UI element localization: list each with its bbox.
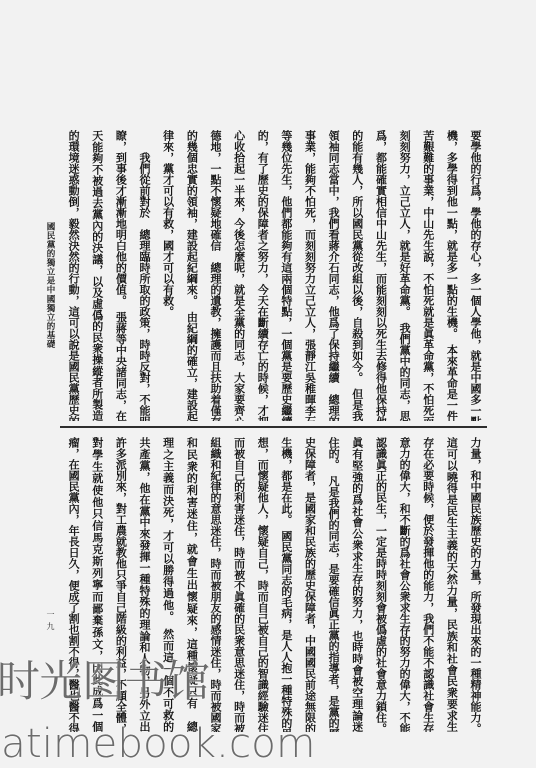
text-column: 領袖同志當中，我們看蔣介石同志，他爲了保持繼續 總理的 (322, 130, 346, 421)
watermark-site: atimebook.com (1, 723, 315, 764)
text-column: 心收拾起一半來，今後怎麼呢，就是全黨的同志，大家要齊心一 (227, 130, 251, 421)
text-column: 住的。 凡是我們的同志，是要確信眞正黨的指導者，是黨的歷 (322, 437, 346, 732)
text-column: 德地，一點不懷疑地確信 總理的遺教，擁護而且扶助着僅存 (203, 130, 227, 421)
text-column: 機，多學得到他一點，就是多一點的生機。 本來革命是一件困 (440, 130, 464, 421)
text-column: 事業，能夠不怕死，而刻刻努力立己立人，張靜江吳稚暉李石曾 (298, 130, 322, 421)
text-column: 力量，和中國民族歷史的力量，所發現出來的一種精神能力。 (463, 437, 487, 732)
text-column: 的幾個忠實的領袖，建設起紀綱來。 由紀綱的確立，建設起紀 (180, 130, 204, 421)
text-column: 眞有堅強的爲社會公衆求生存的努力，也時時會被空理論迷 (345, 437, 369, 732)
text-column: 的能有幾人，所以國民黨從改組以後，自殺到如今。 但是我們 (345, 130, 369, 421)
text-column: 苦艱難的事業，中山先生說，不怕死就是眞革命黨，不怕死而肯 (416, 130, 440, 421)
text-column-paragraph-end: 律來，黨才可以有救，國才可以有救。 (156, 130, 180, 421)
text-column: 存在必要時候，便於發揮他的能力，我們不能不認識社會生存 (416, 437, 440, 732)
text-column: 生機，都是在此。 國民黨同志的毛病，是人人抱一種特殊的思 (274, 437, 298, 732)
text-column: 天能夠不被過去黨內的決議，以及虛僞的民衆操縱者所製造 (85, 130, 109, 421)
running-header: 國民黨的獨立是中國獨立的基礎 (44, 222, 56, 348)
text-column: 要學他的行爲，學他的存心，多一個人學他，就是中國多一點生 (463, 130, 487, 421)
text-column: 的，有了歷史的保障者之努力，今天在斷續存亡的時候，才把人 (251, 130, 275, 421)
text-column: 的環境迷惑動倒，毅然決然的行動，這可以說是國民黨歷史的 (61, 130, 85, 421)
page-number: 一九 (44, 610, 56, 630)
text-column: 意力的偉大，和不斷的爲社會公衆求生存的努力的偉大，不能 (392, 437, 416, 732)
text-column-paragraph-start: 我們從前對於 總理臨時所取的政策，時時反對，不能明 (132, 130, 156, 421)
text-column: 瞭，到事後才漸漸地明白他的價值。 張蔣等中央諸同志，在今 (109, 130, 133, 421)
text-column: 史保障者，是國家和民族的歷史保障者，中國國民前途無限的 (298, 437, 322, 732)
text-column: 等幾位先生，他們都能夠有這兩個特點，一個黨是要歷史繼續 (274, 130, 298, 421)
text-column: 這可以曉得是民生主義的天然力量，民族和社會民衆要求生 (440, 437, 464, 732)
text-column: 而被自己的利害迷住，時而被不眞確的民衆意思迷住，時而被 (227, 437, 251, 732)
scanned-book-page: 國民黨的獨立是中國獨立的基礎 要學他的行爲，學他的存心，多一個人學他，就是中國多… (0, 0, 536, 768)
text-column: 想，而懷疑他人，懷疑自己，時而自己被自己的智識經驗迷住，時 (251, 437, 275, 732)
upper-page-text: 要學他的行爲，學他的存心，多一個人學他，就是中國多一點生 機，多學得到他一點，就… (61, 130, 487, 421)
page-divider-rule (60, 426, 487, 428)
watermark-title: 时光图书馆 (0, 661, 210, 704)
text-column: 刻刻努力，立己立人，就是好革命黨。 我們黨中的同志，思想行 (392, 130, 416, 421)
text-column: 認識眞正的民生，一定是時時刻刻會被僞虛的社會意力鎖住。 (369, 437, 393, 732)
text-column: 爲，都能確實相信中山先生，而能刻刻以死生去修得他保持他 (369, 130, 393, 421)
